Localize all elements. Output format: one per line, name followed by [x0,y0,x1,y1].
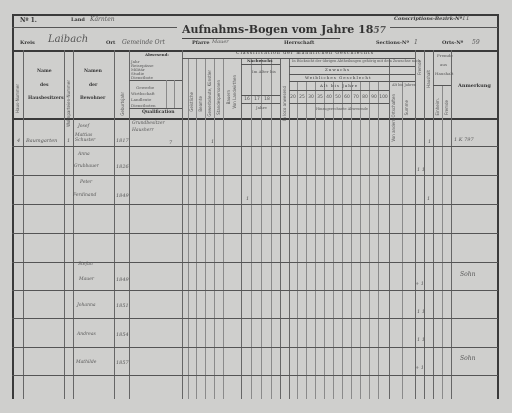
header-qualification: Qualification [142,111,175,116]
resident-last-name: Johanna [77,304,96,309]
female-age-col: 30 [307,95,315,100]
female-age-col: 100 [379,95,388,100]
resident-first-name: Peter [80,181,92,186]
row-divider [12,146,498,147]
resident-last-name: Andreas [77,333,96,338]
party-number: 1 [67,139,70,144]
row-divider [12,175,498,176]
orts-label: Orts-Nº [442,41,463,46]
note: 1 K 797 [454,138,474,143]
header-age-block: Im Alter bis [252,70,276,74]
header-abwesend: Abwesend: [145,53,169,57]
subheader-line [433,85,451,86]
conscription-value: 11 [462,16,470,22]
zusatz-col: Einheim. [435,98,440,115]
form-title-text: Aufnahms-Bogen vom Jahre 18 [182,23,373,36]
sub-row: Gewerbe [136,86,154,90]
resident-first-name: Josef [78,125,89,130]
sub-row: Landleute [131,98,151,102]
header-divider-left [12,27,177,28]
header-in-loco: In loco anwesend [282,86,287,121]
header-residents-1: Namen [84,70,102,75]
classification-col: Von Landwirthen [232,75,237,109]
row-divider [12,318,498,319]
row-divider [12,233,498,234]
zusatz-col: Fremde [444,100,449,115]
resident-last-name: Ferdinand [73,194,96,199]
land-label: Land [71,18,85,23]
qualification-divider [129,108,182,109]
land-value: Kärnten [90,17,115,23]
title-underline [182,38,340,39]
form-number: Nº 1. [20,18,37,24]
col-line [315,81,316,399]
owner-name: Baumgarten [26,139,57,144]
birth-year: 1857 [116,361,129,366]
age-col: 17 [253,97,261,102]
ort-label: Ort [106,41,115,46]
subheader-line [241,64,280,65]
form-year: 57 [373,26,386,36]
sub-row: Dienstboten [131,104,156,108]
header-fremde-1: Fremde [437,54,453,58]
header-uebrige: Hinzugerechnete Abwesende [316,108,368,112]
classification-col: Gewerbsleute, Künstler [207,70,212,117]
age-col: 16 [243,97,251,102]
female-age-col: 20 [289,95,297,100]
subheader-line [289,103,389,104]
table-header-bottom [12,118,498,120]
col-line [360,81,361,399]
classification-mark: 1 [246,197,249,202]
col-line [342,81,343,399]
birth-year: 1851 [116,304,129,309]
kreis-label: Kreis [20,41,35,46]
herrschaft-label: Herrschaft [284,41,314,46]
header-anmerkung: Anmerkung [458,84,491,89]
resident-first-name: Anna [78,153,90,158]
birth-year: 1849 [116,278,129,283]
row-divider [12,375,498,376]
house-number: 4 [17,139,20,144]
tally-mark: 1 1 [417,310,425,315]
row-divider [12,347,498,348]
subheader-line [241,95,280,96]
resident-last-name: Grubbauer [74,165,99,170]
col-line [324,81,325,399]
frame-left-border [12,14,14,399]
sections-value: 1 [414,40,418,46]
col-line [306,81,307,399]
col-line [351,81,352,399]
birth-year: 1826 [116,165,129,170]
ort-value: Gemeinde Ort [122,40,165,46]
resident-last-name: Mattias Schuster [75,134,113,143]
tally-mark: 1 1 [417,338,425,343]
header-birth-year: Geburtsjahr [120,92,125,116]
form-title: Aufnahms-Bogen vom Jahre 1857 [182,24,386,36]
header-weibliches: Weibliches Geschlecht [305,76,372,80]
subheader-line [289,81,415,82]
birth-year: 1854 [116,333,129,338]
sections-label: Sections-Nº [376,41,409,46]
header-fremde-haushalt: Haushalt [426,70,431,88]
col-line [297,81,298,399]
header-residents-2: der [89,84,97,89]
header-alt-bis: Alt bis Jahren [392,84,416,88]
female-age-col: 50 [334,95,342,100]
classification-col: Standespersonen [216,80,221,115]
header-residents-3: Bewohner [80,97,105,102]
header-von-andere: Von andern Ortschaften [391,94,396,142]
resident-first-name: Stefan [78,263,93,268]
classification-col: Beamte [198,96,203,112]
header-summe: Summe [404,100,409,115]
pfarre-value: Mauer [212,40,229,45]
sub-row: Wirthschaft [131,92,155,96]
header-age-title: Alt bis Jahre [320,84,358,88]
birth-year: 1817 [116,139,129,144]
note: Sohn [460,356,475,362]
female-age-col: 40 [325,95,333,100]
orts-value: 59 [472,40,480,46]
header-classification: Classification der männlichen Geschlecht… [236,52,374,57]
header-fremde-col: Fremde [417,60,422,75]
classification-mark: 1 [211,140,214,145]
col-line [442,85,443,399]
resident-last-name: Mathilde [76,361,96,366]
kreis-value: Laibach [48,35,88,45]
note: Sohn [460,272,475,278]
header-remaining-note: In Rücksicht der übrigen Abtheilungen ge… [292,60,420,64]
conscription-label: Conscriptions-Bezirk-Nº [394,17,462,22]
col-line [333,81,334,399]
header-owner-1: Name [37,70,52,75]
header-zuwachs: Zuwachs [325,68,350,72]
census-form-page: Nº 1. Land Kärnten Aufnahms-Bogen vom Ja… [0,0,512,413]
header-fremde-2: aus [440,63,447,67]
birth-year: 1849 [116,194,129,199]
tally-mark: 1 1 [417,168,425,173]
female-age-col: 60 [343,95,351,100]
subheader-line [289,66,415,67]
qualification: Grundbesitzer [132,122,165,127]
tally-mark: + 1 [415,282,424,287]
header-jahre: Jahre [256,106,267,110]
female-age-col: 80 [361,95,369,100]
header-owner-2: des [40,84,49,89]
tally-mark: 1 [427,197,430,202]
age-col: 18 [263,97,271,102]
frame-right-border [497,14,499,399]
female-age-col: 35 [316,95,324,100]
classification-col: Geistliche [189,92,194,112]
resident-last-name: Mauer [79,278,94,283]
header-fremde-3: Haushalt [435,72,453,76]
tally-mark: + 1 [415,366,424,371]
header-divider-right [390,27,498,28]
subheader-line [289,90,389,91]
female-age-col: 70 [352,95,360,100]
row-divider [12,290,498,291]
qualification-note: Hausherr [132,129,154,134]
female-age-col: 25 [298,95,306,100]
female-age-col: 90 [370,95,378,100]
col-line [174,80,175,108]
col-line [166,80,167,108]
col-line [378,81,379,399]
tally-mark: 1 [428,140,431,145]
row-divider [12,204,498,205]
header-party-number: Wohnparteien-Nummer [66,80,71,127]
classification-col: Bauern [226,90,231,104]
qualification-count: 7 [169,141,172,146]
header-nachwuchs: Nachwuchs [247,59,273,63]
header-house-number: Haus-Nummer [15,84,20,113]
subheader-line [241,103,280,104]
pfarre-label: Pfarre [192,41,210,46]
col-line [369,81,370,399]
abwesend-row: Dienstbote [131,76,153,80]
col-line [402,81,403,399]
header-owner-3: Hausbesitzers [28,97,64,102]
